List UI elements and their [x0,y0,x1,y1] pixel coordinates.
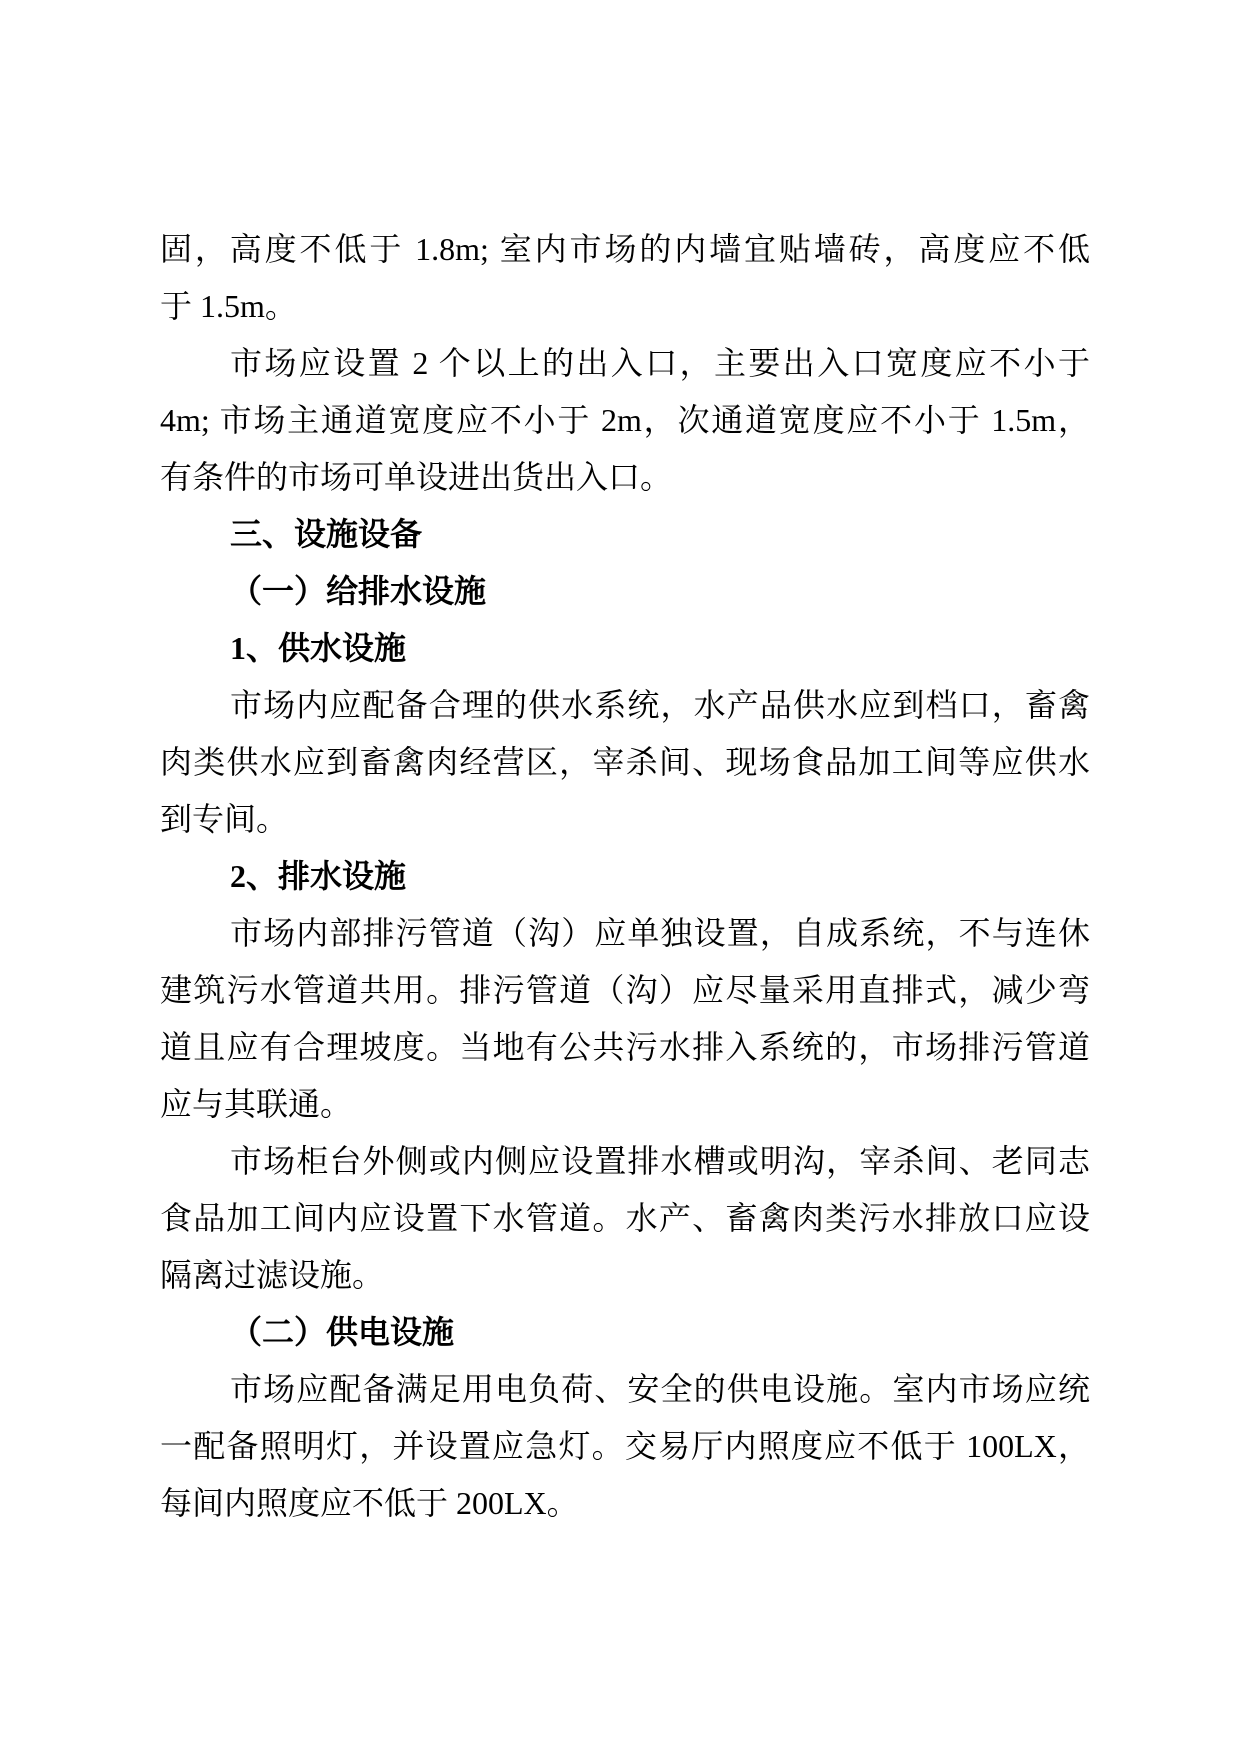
text-line: 到专间。 [160,791,1090,848]
text-line: 建筑污水管道共用。排污管道（沟）应尽量采用直排式，减少弯 [160,962,1090,1019]
heading-water-supply: 1、供水设施 [160,620,1090,677]
text-line: 一配备照明灯，并设置应急灯。交易厅内照度应不低于 100LX， [160,1418,1090,1475]
text-line: 道且应有合理坡度。当地有公共污水排入系统的，市场排污管道 [160,1019,1090,1076]
text-line: 肉类供水应到畜禽肉经营区，宰杀间、现场食品加工间等应供水 [160,734,1090,791]
text-line: 市场内部排污管道（沟）应单独设置，自成系统，不与连休 [160,905,1090,962]
heading-power-supply: （二）供电设施 [160,1304,1090,1361]
text-line: 于 1.5m。 [160,278,1090,335]
text-line: 应与其联通。 [160,1076,1090,1133]
text-line: 4m; 市场主通道宽度应不小于 2m，次通道宽度应不小于 1.5m， [160,392,1090,449]
paragraph-water-supply: 市场内应配备合理的供水系统，水产品供水应到档口，畜禽 肉类供水应到畜禽肉经营区，… [160,677,1090,848]
text-line: 每间内照度应不低于 200LX。 [160,1475,1090,1532]
text-line: 市场应配备满足用电负荷、安全的供电设施。室内市场应统 [160,1361,1090,1418]
section-heading: （二）供电设施 [160,1304,1090,1361]
text-line: 有条件的市场可单设进出货出入口。 [160,449,1090,506]
section-heading: （一）给排水设施 [160,563,1090,620]
paragraph-wall-height-continuation: 固，高度不低于 1.8m; 室内市场的内墙宜贴墙砖，高度应不低 于 1.5m。 [160,221,1090,335]
paragraph-sewage-pipes: 市场内部排污管道（沟）应单独设置，自成系统，不与连休 建筑污水管道共用。排污管道… [160,905,1090,1133]
text-block: 固，高度不低于 1.8m; 室内市场的内墙宜贴墙砖，高度应不低 于 1.5m。 … [160,221,1090,1532]
text-line: 市场内应配备合理的供水系统，水产品供水应到档口，畜禽 [160,677,1090,734]
paragraph-entrances: 市场应设置 2 个以上的出入口，主要出入口宽度应不小于 4m; 市场主通道宽度应… [160,335,1090,506]
text-line: 市场柜台外侧或内侧应设置排水槽或明沟，宰杀间、老同志 [160,1133,1090,1190]
text-line: 固，高度不低于 1.8m; 室内市场的内墙宜贴墙砖，高度应不低 [160,221,1090,278]
paragraph-power-supply: 市场应配备满足用电负荷、安全的供电设施。室内市场应统 一配备照明灯，并设置应急灯… [160,1361,1090,1532]
heading-section-3-facilities: 三、设施设备 [160,506,1090,563]
document-page: 固，高度不低于 1.8m; 室内市场的内墙宜贴墙砖，高度应不低 于 1.5m。 … [0,0,1240,1754]
text-line: 隔离过滤设施。 [160,1247,1090,1304]
section-heading: 2、排水设施 [160,848,1090,905]
text-line: 市场应设置 2 个以上的出入口，主要出入口宽度应不小于 [160,335,1090,392]
paragraph-drain-troughs: 市场柜台外侧或内侧应设置排水槽或明沟，宰杀间、老同志 食品加工间内应设置下水管道… [160,1133,1090,1304]
section-heading: 1、供水设施 [160,620,1090,677]
heading-water-supply-drainage: （一）给排水设施 [160,563,1090,620]
text-line: 食品加工间内应设置下水管道。水产、畜禽肉类污水排放口应设 [160,1190,1090,1247]
section-heading: 三、设施设备 [160,506,1090,563]
heading-drainage: 2、排水设施 [160,848,1090,905]
